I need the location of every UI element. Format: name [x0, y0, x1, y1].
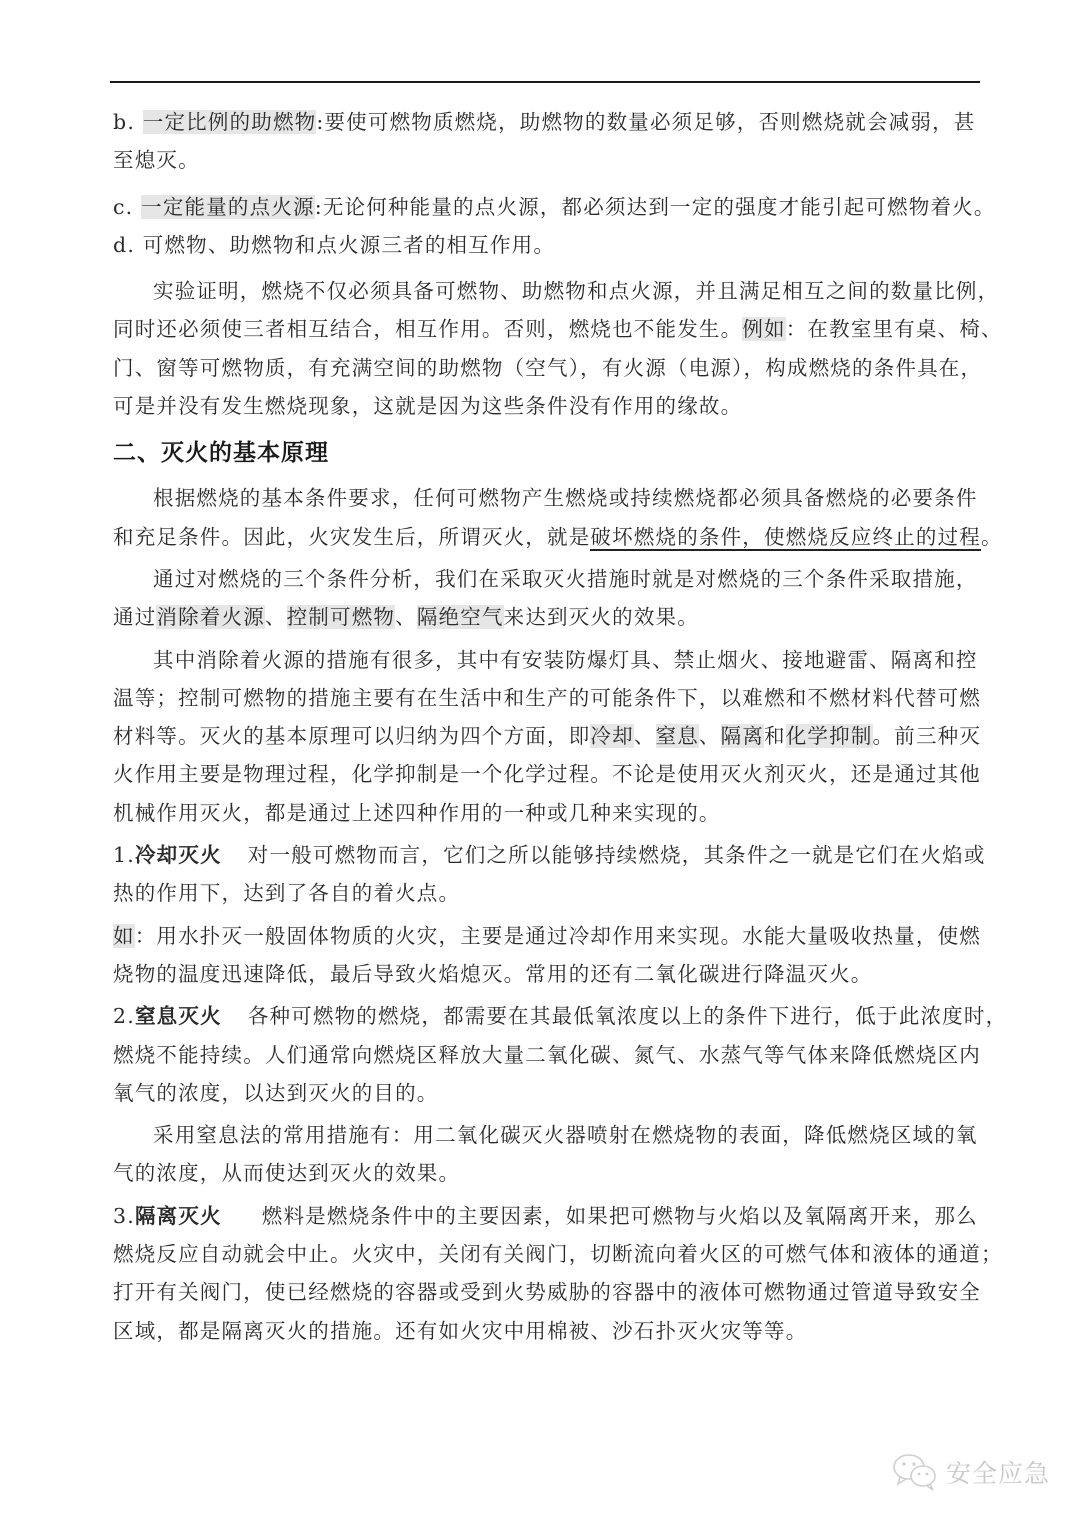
paragraph-line: 实验证明，燃烧不仅必须具备可燃物、助燃物和点火源，并且满足相互之间的数量比例， [113, 272, 981, 310]
text: 和 [764, 724, 786, 748]
text: ：在教室里有桌、椅、 [786, 317, 1003, 341]
text: 、 [699, 724, 721, 748]
paragraph-line: 通过对燃烧的三个条件分析，我们在采取灭火措施时就是对燃烧的三个条件采取措施， [113, 560, 981, 598]
paragraph-line: 氧气的浓度，以达到灭火的目的。 [113, 1074, 981, 1112]
method-title: 隔离灭火 [135, 1204, 222, 1228]
highlighted-term: 窒息 [656, 724, 699, 748]
example-line: 如：用水扑灭一般固体物质的火灾，主要是通过冷却作用来实现。水能大量吸收热量，使燃 [113, 917, 981, 955]
paragraph-line: 通过消除着火源、控制可燃物、隔绝空气来达到灭火的效果。 [113, 598, 981, 636]
text: 和充足条件。因此，火灾发生后，所谓灭火，就是 [113, 525, 590, 549]
watermark: 安全应急 [892, 1452, 1050, 1492]
paragraph-line: 可是并没有发生燃烧现象，这就是因为这些条件没有作用的缘故。 [113, 387, 981, 425]
highlighted-term: 一定能量的点火源 [141, 195, 315, 219]
text: 、 [395, 605, 417, 629]
paragraph-line: 燃烧不能持续。人们通常向燃烧区释放大量二氧化碳、氮气、水蒸气等气体来降低燃烧区内 [113, 1036, 981, 1074]
highlighted-term: 一定比例的助燃物 [143, 110, 317, 134]
item-c: c. 一定能量的点火源:无论何种能量的点火源，都必须达到一定的强度才能引起可燃物… [113, 188, 981, 226]
highlighted-term: 冷却 [590, 724, 633, 748]
paragraph-line: 采用窒息法的常用措施有：用二氧化碳灭火器喷射在燃烧物的表面，降低燃烧区域的氧 [113, 1116, 981, 1154]
item-number: 2. [113, 1004, 135, 1028]
highlighted-term: 例如 [742, 317, 785, 341]
text: 材料等。灭火的基本原理可以归纳为四个方面，即 [113, 724, 590, 748]
method-title: 窒息灭火 [135, 1004, 222, 1028]
text: 。 [981, 525, 1003, 549]
method-title: 冷却灭火 [135, 843, 222, 867]
paragraph-line: 火作用主要是物理过程，化学抑制是一个化学过程。不论是使用灭火剂灭火，还是通过其他 [113, 755, 981, 793]
item-b: b. 一定比例的助燃物:要使可燃物质燃烧，助燃物的数量必须足够，否则燃烧就会减弱… [113, 103, 981, 141]
paragraph-line: 区域，都是隔离灭火的措施。还有如火灾中用棉被、沙石扑灭火灾等等。 [113, 1312, 981, 1350]
paragraph-line: 热的作用下，达到了各自的着火点。 [113, 874, 981, 912]
paragraph-line: 门、窗等可燃物质，有充满空间的助燃物（空气），有火源（电源），构成燃烧的条件具在… [113, 349, 981, 387]
text: 通过 [113, 605, 156, 629]
item-label: b. [113, 110, 143, 134]
method-smothering: 2.窒息灭火各种可燃物的燃烧，都需要在其最低氧浓度以上的条件下进行，低于此浓度时… [113, 997, 981, 1035]
item-label: c. [113, 195, 141, 219]
highlighted-term: 消除着火源 [156, 605, 265, 629]
text: :无论何种能量的点火源，都必须达到一定的强度才能引起可燃物着火。 [315, 195, 996, 219]
wechat-icon [892, 1452, 938, 1492]
paragraph-line: 机械作用灭火，都是通过上述四种作用的一种或几种来实现的。 [113, 794, 981, 832]
paragraph-line: 和充足条件。因此，火灾发生后，所谓灭火，就是破坏燃烧的条件，使燃烧反应终止的过程… [113, 518, 981, 556]
section-heading: 二、灭火的基本原理 [113, 431, 981, 475]
highlighted-term: 隔离 [721, 724, 764, 748]
paragraph-line: 材料等。灭火的基本原理可以归纳为四个方面，即冷却、窒息、隔离和化学抑制。前三种灭 [113, 717, 981, 755]
paragraph-line: 燃烧反应自动就会中止。火灾中，关闭有关阀门，切断流向着火区的可燃气体和液体的通道… [113, 1235, 981, 1273]
paragraph-line: 气的浓度，从而使达到灭火的效果。 [113, 1154, 981, 1192]
paragraph-line: 烧物的温度迅速降低，最后导致火焰熄灭。常用的还有二氧化碳进行降温灭火。 [113, 955, 981, 993]
method-isolation: 3.隔离灭火燃料是燃烧条件中的主要因素，如果把可燃物与火焰以及氧隔离开来，那么 [113, 1197, 981, 1235]
paragraph-line: 其中消除着火源的措施有很多，其中有安装防爆灯具、禁止烟火、接地避雷、隔离和控 [113, 641, 981, 679]
text: 对一般可燃物而言，它们之所以能够持续燃烧，其条件之一就是它们在火焰或 [248, 843, 986, 867]
item-number: 1. [113, 843, 135, 867]
text: 各种可燃物的燃烧，都需要在其最低氧浓度以上的条件下进行，低于此浓度时， [248, 1004, 1008, 1028]
text: 。前三种灭 [873, 724, 982, 748]
paragraph-line: 温等；控制可燃物的措施主要有在生活中和生产的可能条件下，以难燃和不燃材料代替可燃 [113, 679, 981, 717]
paragraph-line: 打开有关阀门，使已经燃烧的容器或受到火势威胁的容器中的液体可燃物通过管道导致安全 [113, 1273, 981, 1311]
method-cooling: 1.冷却灭火对一般可燃物而言，它们之所以能够持续燃烧，其条件之一就是它们在火焰或 [113, 836, 981, 874]
text: 燃料是燃烧条件中的主要因素，如果把可燃物与火焰以及氧隔离开来，那么 [262, 1204, 978, 1228]
paragraph-line: 根据燃烧的基本条件要求，任何可燃物产生燃烧或持续燃烧都必须具备燃烧的必要条件 [113, 479, 981, 517]
header-rule [110, 81, 980, 83]
highlighted-term: 隔绝空气 [417, 605, 504, 629]
paragraph-line: 同时还必须使三者相互结合，相互作用。否则，燃烧也不能发生。例如：在教室里有桌、椅… [113, 310, 981, 348]
watermark-label: 安全应急 [946, 1454, 1050, 1490]
text: 来达到灭火的效果。 [504, 605, 699, 629]
item-d: d. 可燃物、助燃物和点火源三者的相互作用。 [113, 226, 981, 264]
text: :要使可燃物质燃烧，助燃物的数量必须足够，否则燃烧就会减弱，甚 [316, 110, 975, 134]
text-line: 至熄灭。 [113, 141, 981, 179]
document-body: b. 一定比例的助燃物:要使可燃物质燃烧，助燃物的数量必须足够，否则燃烧就会减弱… [113, 103, 981, 1350]
highlighted-term: 控制可燃物 [287, 605, 396, 629]
text: 、 [265, 605, 287, 629]
highlighted-term: 如 [113, 924, 135, 948]
text: 、 [634, 724, 656, 748]
highlighted-term: 化学抑制 [786, 724, 873, 748]
item-number: 3. [113, 1204, 135, 1228]
underlined-phrase: 破坏燃烧的条件，使燃烧反应终止的过程 [590, 525, 981, 551]
text: 同时还必须使三者相互结合，相互作用。否则，燃烧也不能发生。 [113, 317, 742, 341]
text: ：用水扑灭一般固体物质的火灾，主要是通过冷却作用来实现。水能大量吸收热量，使燃 [135, 924, 981, 948]
